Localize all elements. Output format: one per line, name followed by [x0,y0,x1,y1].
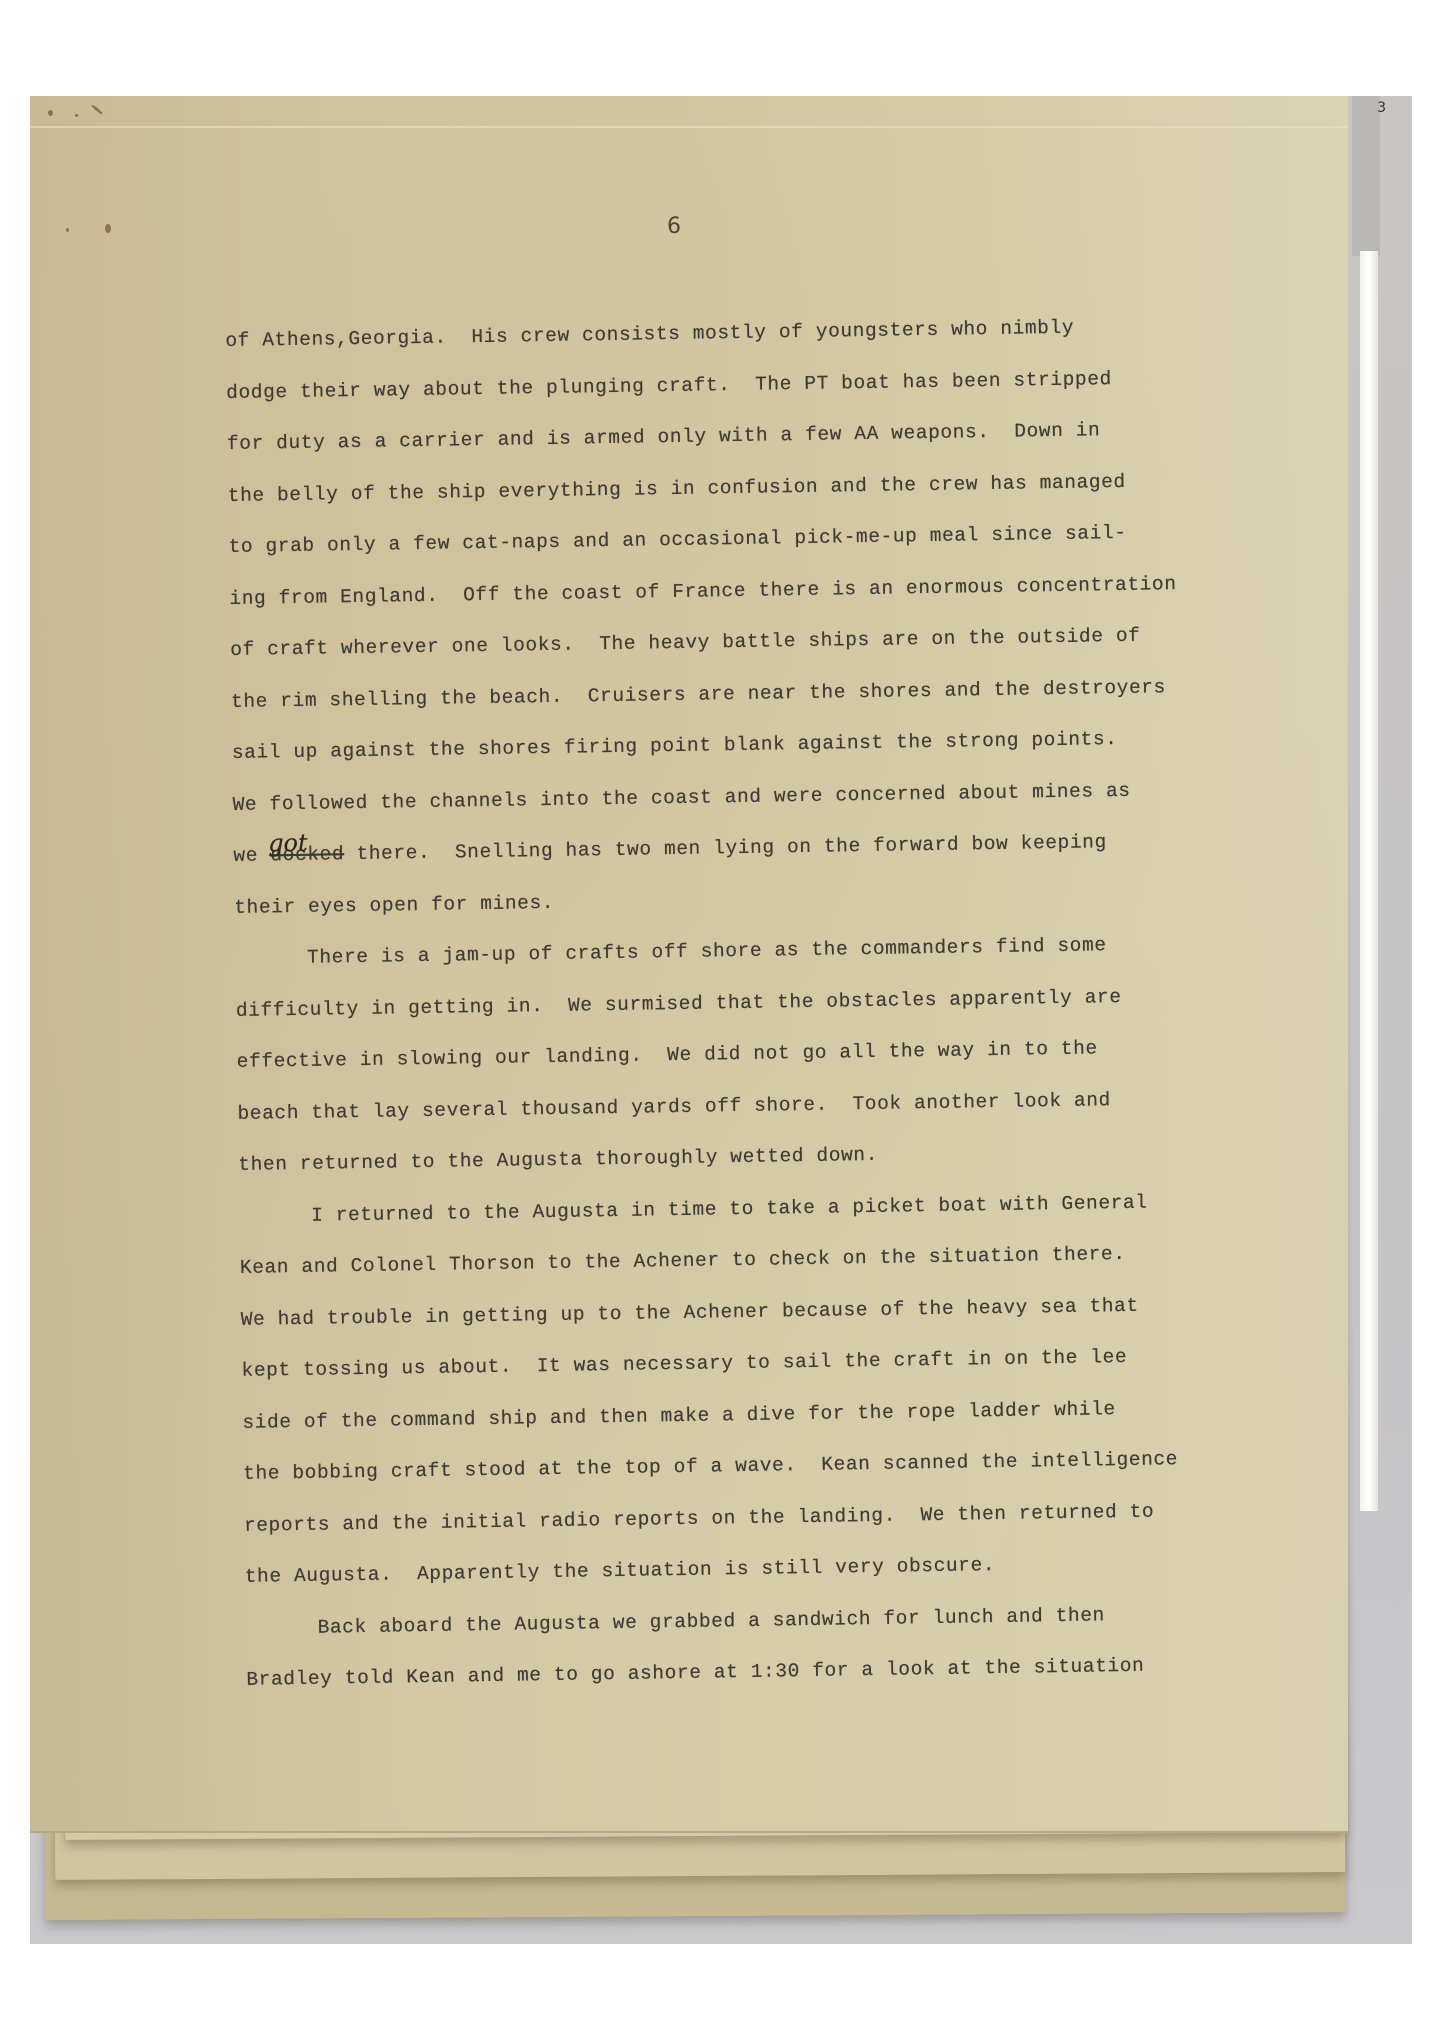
stain-mark [91,104,104,115]
text-segment: we [233,844,270,867]
stain-mark [105,224,111,233]
stain-mark [48,110,53,116]
light-strip [1360,251,1378,1511]
typescript-body: of Athens,Georgia. His crew consists mos… [225,299,1307,1706]
binder-edge: 3 [1352,96,1380,256]
stain-mark [66,228,69,232]
document-photo: 3 6 of Athens,Georgia. His crew consists… [30,96,1412,1944]
struck-word: dockedgot [270,843,344,866]
text-segment: there. Snelling has two men lying on the… [344,831,1107,865]
handwritten-correction: got [268,818,308,870]
typed-page: 6 of Athens,Georgia. His crew consists m… [30,96,1348,1833]
fold-line [30,126,1348,128]
page-number: 6 [667,214,681,239]
corner-annotation: 3 [1377,100,1386,116]
stain-mark [75,114,78,117]
